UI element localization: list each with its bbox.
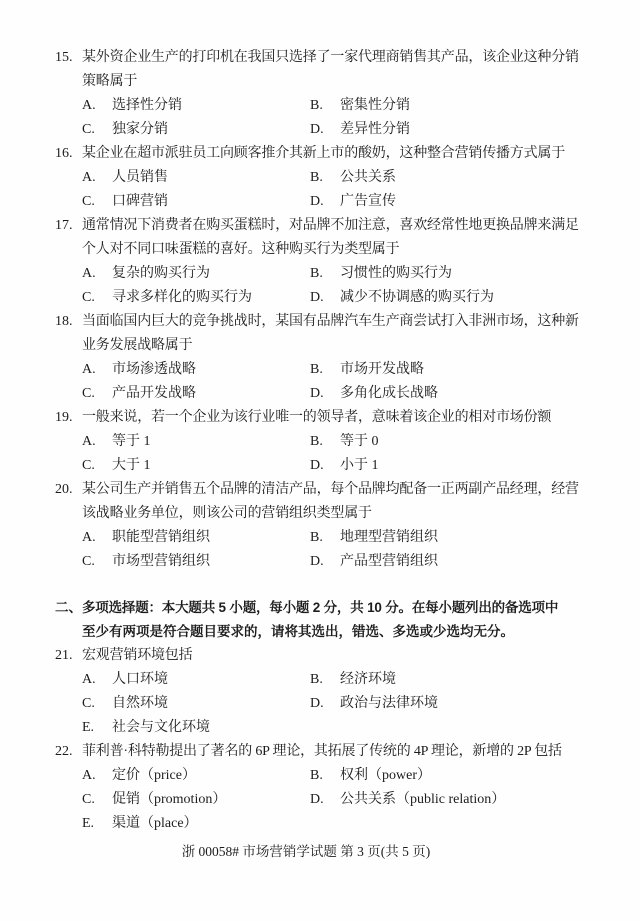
option-label: B. — [310, 358, 340, 382]
options-grid: A.复杂的购买行为 B.习惯性的购买行为 C.寻求多样化的购买行为 D.减少不协… — [82, 262, 595, 310]
option-label: C. — [82, 118, 112, 142]
question-number: 20. — [55, 478, 82, 502]
option-label: B. — [310, 430, 340, 454]
question-stem: 某外资企业生产的打印机在我国只选择了一家代理商销售其产品，该企业这种分销 — [82, 46, 595, 70]
question-number: 17. — [55, 214, 82, 238]
option-d: D.产品型营销组织 — [310, 550, 595, 574]
option-c: C.产品开发战略 — [82, 382, 310, 406]
option-label: C. — [82, 382, 112, 406]
options-grid: A.人员销售 B.公共关系 C.口碑营销 D.广告宣传 — [82, 166, 595, 214]
option-label: D. — [310, 190, 340, 214]
option-label: B. — [310, 262, 340, 286]
option-label: C. — [82, 692, 112, 716]
question-number: 21. — [55, 644, 82, 668]
option-label: E. — [82, 716, 112, 740]
option-text: 复杂的购买行为 — [112, 262, 210, 286]
option-label: B. — [310, 94, 340, 118]
option-b: B.经济环境 — [310, 668, 595, 692]
question-number: 22. — [55, 740, 82, 764]
question-stem: 当面临国内巨大的竞争挑战时，某国有品牌汽车生产商尝试打入非洲市场，这种新 — [82, 310, 595, 334]
option-text: 市场开发战略 — [340, 358, 424, 382]
exam-content: 15. 某外资企业生产的打印机在我国只选择了一家代理商销售其产品，该企业这种分销… — [55, 46, 595, 836]
option-a: A.选择性分销 — [82, 94, 310, 118]
question-stem-continued: 个人对不同口味蛋糕的喜好。这种购买行为类型属于 — [55, 238, 595, 262]
option-label: B. — [310, 526, 340, 550]
option-text: 产品开发战略 — [112, 382, 196, 406]
option-text: 广告宣传 — [340, 190, 396, 214]
option-label: B. — [310, 166, 340, 190]
option-label: D. — [310, 382, 340, 406]
option-text: 权利（power） — [340, 764, 431, 788]
option-text: 选择性分销 — [112, 94, 182, 118]
option-label: A. — [82, 94, 112, 118]
section-instructions-line1: 多项选择题：本大题共 5 小题，每小题 2 分，共 10 分。在每小题列出的备选… — [82, 596, 595, 620]
option-c: C.大于 1 — [82, 454, 310, 478]
section-numeral: 二、 — [55, 596, 82, 620]
option-label: A. — [82, 526, 112, 550]
option-text: 职能型营销组织 — [112, 526, 210, 550]
option-d: D.多角化成长战略 — [310, 382, 595, 406]
question-22: 22. 菲利普·科特勒提出了著名的 6P 理论，其拓展了传统的 4P 理论，新增… — [55, 740, 595, 836]
options-grid: A.职能型营销组织 B.地理型营销组织 C.市场型营销组织 D.产品型营销组织 — [82, 526, 595, 574]
options-grid: A.等于 1 B.等于 0 C.大于 1 D.小于 1 — [82, 430, 595, 478]
option-text: 政治与法律环境 — [340, 692, 438, 716]
option-text: 密集性分销 — [340, 94, 410, 118]
option-text: 定价（price） — [112, 764, 196, 788]
question-stem-continued: 策略属于 — [55, 70, 595, 94]
option-text: 地理型营销组织 — [340, 526, 438, 550]
option-b: B.习惯性的购买行为 — [310, 262, 595, 286]
option-b: B.等于 0 — [310, 430, 595, 454]
question-number: 18. — [55, 310, 82, 334]
options-grid: A.人口环境 B.经济环境 C.自然环境 D.政治与法律环境 E.社会与文化环境 — [82, 668, 595, 740]
option-label: D. — [310, 454, 340, 478]
options-grid: A.定价（price） B.权利（power） C.促销（promotion） … — [82, 764, 595, 836]
option-label: C. — [82, 190, 112, 214]
question-17: 17. 通常情况下消费者在购买蛋糕时，对品牌不加注意，喜欢经常性地更换品牌来满足… — [55, 214, 595, 310]
option-text: 大于 1 — [112, 454, 151, 478]
option-text: 渠道（place） — [112, 812, 198, 836]
option-a: A.职能型营销组织 — [82, 526, 310, 550]
question-16: 16. 某企业在超市派驻员工向顾客推介其新上市的酸奶，这种整合营销传播方式属于 … — [55, 142, 595, 214]
option-d: D.差异性分销 — [310, 118, 595, 142]
option-label: C. — [82, 454, 112, 478]
option-text: 差异性分销 — [340, 118, 410, 142]
question-20: 20. 某公司生产并销售五个品牌的清洁产品，每个品牌均配备一正两副产品经理，经营… — [55, 478, 595, 574]
option-text: 独家分销 — [112, 118, 168, 142]
option-label: B. — [310, 668, 340, 692]
option-d: D.公共关系（public relation） — [310, 788, 595, 812]
option-e: E.社会与文化环境 — [82, 716, 310, 740]
option-text: 等于 0 — [340, 430, 379, 454]
option-c: C.寻求多样化的购买行为 — [82, 286, 310, 310]
option-d: D.广告宣传 — [310, 190, 595, 214]
question-stem: 某企业在超市派驻员工向顾客推介其新上市的酸奶，这种整合营销传播方式属于 — [82, 142, 595, 166]
option-text: 公共关系（public relation） — [340, 788, 505, 812]
option-label: D. — [310, 118, 340, 142]
option-text: 小于 1 — [340, 454, 379, 478]
question-stem-continued: 该战略业务单位，则该公司的营销组织类型属于 — [55, 502, 595, 526]
option-a: A.人口环境 — [82, 668, 310, 692]
option-c: C.促销（promotion） — [82, 788, 310, 812]
option-label: A. — [82, 430, 112, 454]
option-a: A.等于 1 — [82, 430, 310, 454]
option-b: B.公共关系 — [310, 166, 595, 190]
option-text: 习惯性的购买行为 — [340, 262, 452, 286]
option-a: A.市场渗透战略 — [82, 358, 310, 382]
option-label: A. — [82, 668, 112, 692]
question-18: 18. 当面临国内巨大的竞争挑战时，某国有品牌汽车生产商尝试打入非洲市场，这种新… — [55, 310, 595, 406]
option-label: A. — [82, 166, 112, 190]
option-label: D. — [310, 692, 340, 716]
page-footer: 浙 00058# 市场营销学试题 第 3 页(共 5 页) — [0, 842, 626, 862]
option-text: 多角化成长战略 — [340, 382, 438, 406]
option-text: 等于 1 — [112, 430, 151, 454]
question-stem: 宏观营销环境包括 — [82, 644, 595, 668]
option-c: C.口碑营销 — [82, 190, 310, 214]
option-c: C.市场型营销组织 — [82, 550, 310, 574]
options-grid: A.选择性分销 B.密集性分销 C.独家分销 D.差异性分销 — [82, 94, 595, 142]
option-label: A. — [82, 358, 112, 382]
section-instructions-line2: 至少有两项是符合题目要求的，请将其选出，错选、多选或少选均无分。 — [55, 620, 595, 644]
question-number: 15. — [55, 46, 82, 70]
option-label: C. — [82, 550, 112, 574]
option-label: C. — [82, 788, 112, 812]
option-text: 促销（promotion） — [112, 788, 226, 812]
option-b: B.市场开发战略 — [310, 358, 595, 382]
question-21: 21. 宏观营销环境包括 A.人口环境 B.经济环境 C.自然环境 D.政治与法… — [55, 644, 595, 740]
option-label: C. — [82, 286, 112, 310]
question-stem-continued: 业务发展战略属于 — [55, 334, 595, 358]
question-stem: 菲利普·科特勒提出了著名的 6P 理论，其拓展了传统的 4P 理论，新增的 2P… — [82, 740, 595, 764]
option-label: D. — [310, 550, 340, 574]
option-text: 市场型营销组织 — [112, 550, 210, 574]
option-text: 口碑营销 — [112, 190, 168, 214]
option-a: A.定价（price） — [82, 764, 310, 788]
option-text: 经济环境 — [340, 668, 396, 692]
option-text: 产品型营销组织 — [340, 550, 438, 574]
option-text: 寻求多样化的购买行为 — [112, 286, 252, 310]
exam-page: 15. 某外资企业生产的打印机在我国只选择了一家代理商销售其产品，该企业这种分销… — [0, 0, 640, 921]
option-label: D. — [310, 286, 340, 310]
question-stem: 通常情况下消费者在购买蛋糕时，对品牌不加注意，喜欢经常性地更换品牌来满足 — [82, 214, 595, 238]
option-b: B.权利（power） — [310, 764, 595, 788]
option-d: D.政治与法律环境 — [310, 692, 595, 716]
option-text: 减少不协调感的购买行为 — [340, 286, 494, 310]
option-label: A. — [82, 764, 112, 788]
option-text: 人员销售 — [112, 166, 168, 190]
option-b: B.地理型营销组织 — [310, 526, 595, 550]
option-label: D. — [310, 788, 340, 812]
option-a: A.复杂的购买行为 — [82, 262, 310, 286]
section-2-header: 二、 多项选择题：本大题共 5 小题，每小题 2 分，共 10 分。在每小题列出… — [55, 596, 595, 644]
option-b: B.密集性分销 — [310, 94, 595, 118]
question-15: 15. 某外资企业生产的打印机在我国只选择了一家代理商销售其产品，该企业这种分销… — [55, 46, 595, 142]
question-number: 19. — [55, 406, 82, 430]
option-d: D.小于 1 — [310, 454, 595, 478]
option-label: E. — [82, 812, 112, 836]
question-number: 16. — [55, 142, 82, 166]
option-text: 公共关系 — [340, 166, 396, 190]
option-text: 市场渗透战略 — [112, 358, 196, 382]
question-stem: 某公司生产并销售五个品牌的清洁产品，每个品牌均配备一正两副产品经理，经营 — [82, 478, 595, 502]
option-c: C.独家分销 — [82, 118, 310, 142]
option-label: A. — [82, 262, 112, 286]
option-text: 社会与文化环境 — [112, 716, 210, 740]
option-d: D.减少不协调感的购买行为 — [310, 286, 595, 310]
option-e: E.渠道（place） — [82, 812, 310, 836]
options-grid: A.市场渗透战略 B.市场开发战略 C.产品开发战略 D.多角化成长战略 — [82, 358, 595, 406]
option-text: 人口环境 — [112, 668, 168, 692]
question-stem: 一般来说，若一个企业为该行业唯一的领导者，意味着该企业的相对市场份额 — [82, 406, 595, 430]
option-label: B. — [310, 764, 340, 788]
option-a: A.人员销售 — [82, 166, 310, 190]
question-19: 19. 一般来说，若一个企业为该行业唯一的领导者，意味着该企业的相对市场份额 A… — [55, 406, 595, 478]
option-text: 自然环境 — [112, 692, 168, 716]
option-c: C.自然环境 — [82, 692, 310, 716]
